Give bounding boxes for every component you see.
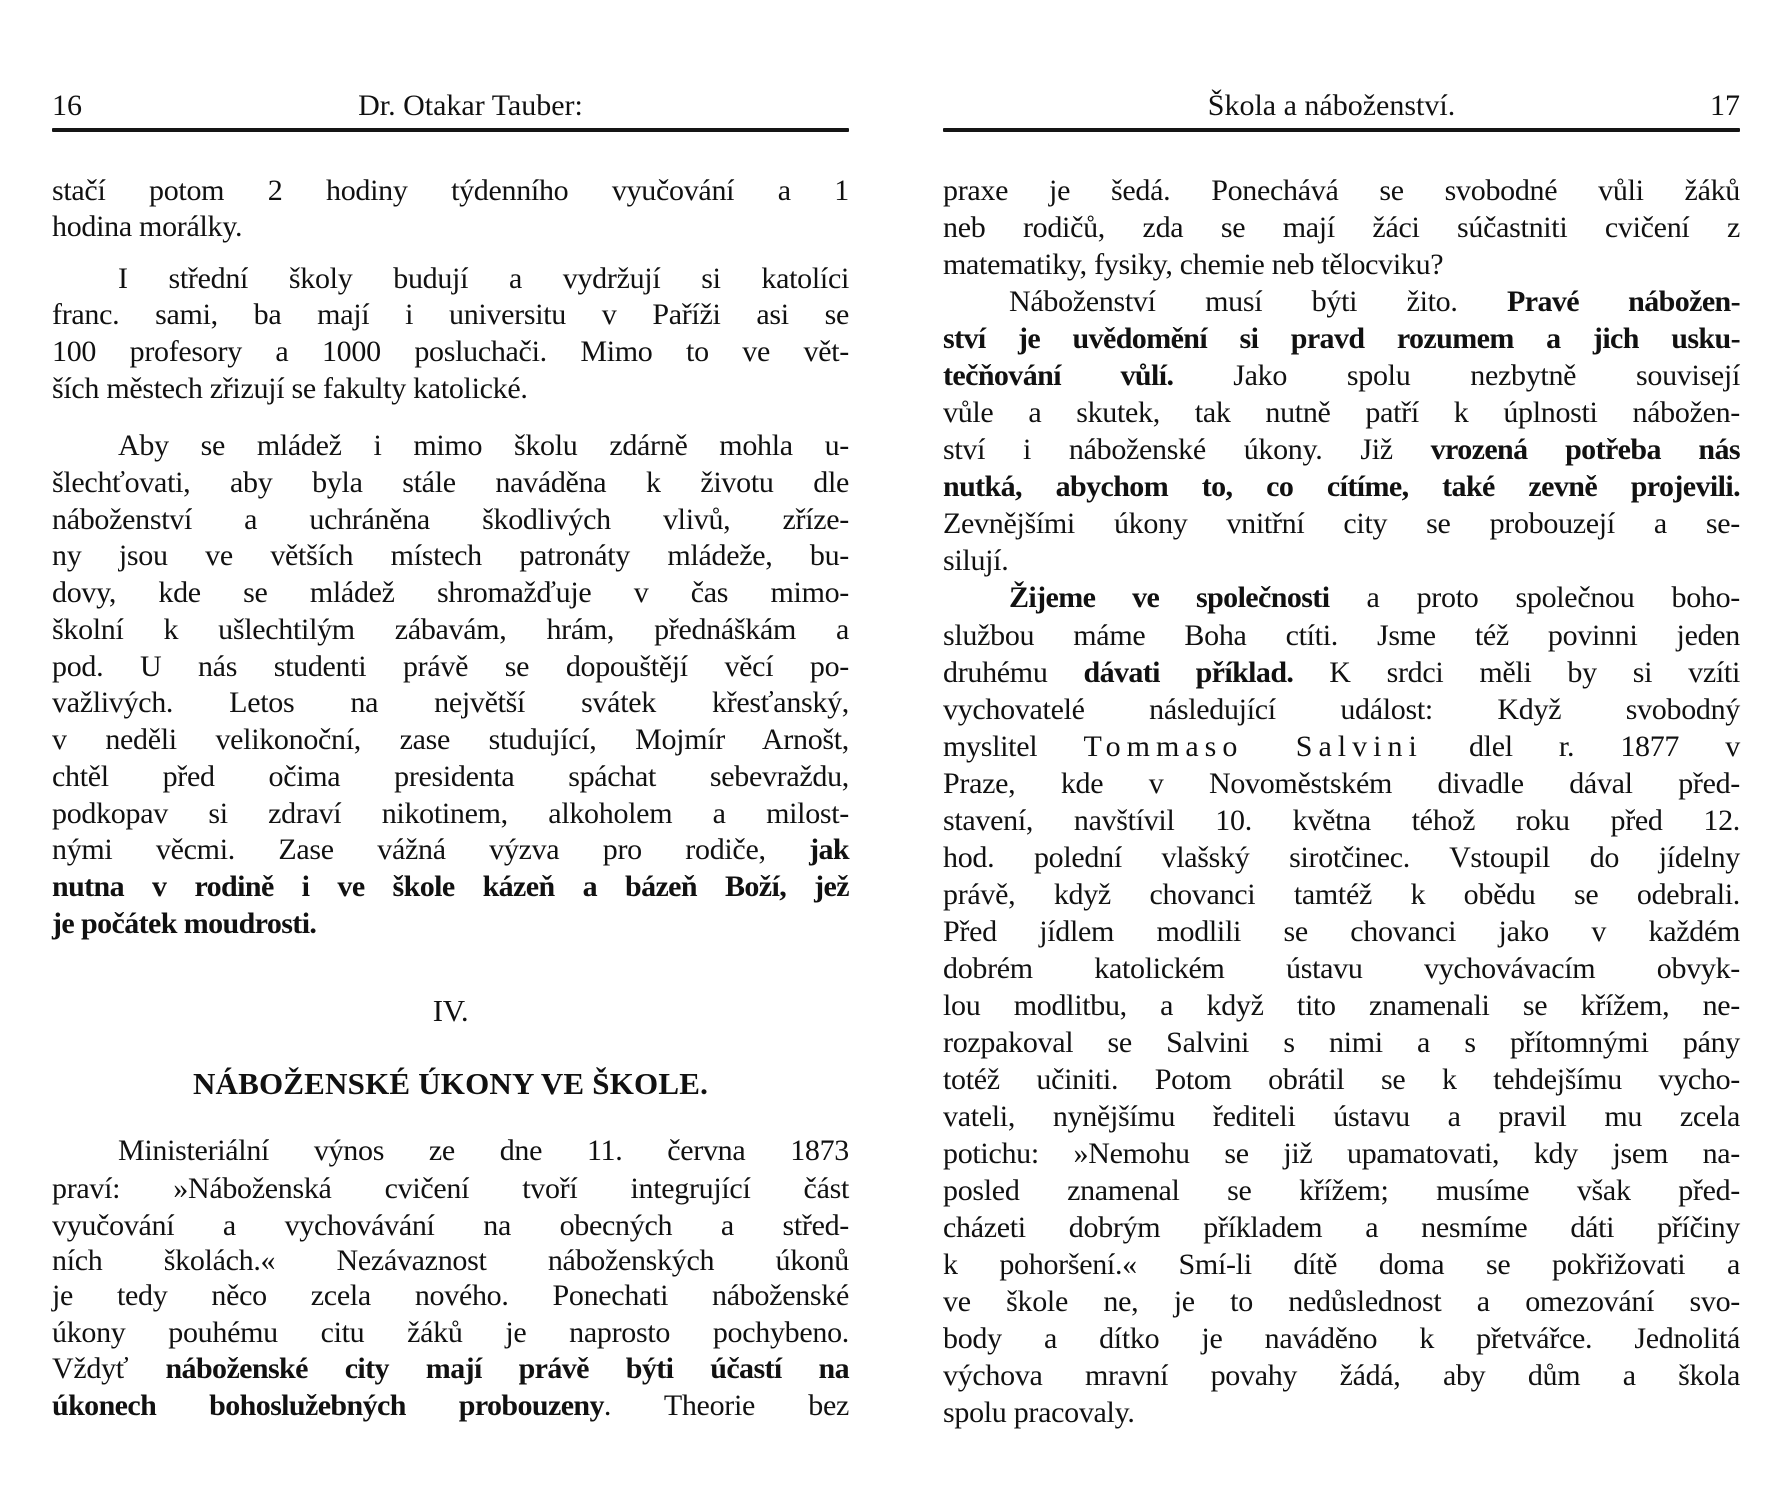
text-line: body a dítko je naváděno k přetvářce. Je… bbox=[943, 1319, 1740, 1359]
text: praví: »Náboženská cvičení tvoří integru… bbox=[52, 1172, 849, 1205]
text: body a dítko je naváděno k přetvářce. Je… bbox=[943, 1322, 1740, 1355]
text: Aby se mládež i mimo školu zdárně mohla … bbox=[118, 429, 849, 462]
text: ních školách.« Nezávaznost náboženských … bbox=[52, 1244, 849, 1277]
text: praxe je šedá. Ponechává se svobodné vůl… bbox=[943, 174, 1740, 207]
bold-text: nutna v rodině i ve škole kázeň a bázeň … bbox=[52, 870, 849, 903]
text-line: je počátek moudrosti. bbox=[52, 904, 849, 944]
text: 100 profesory a 1000 posluchači. Mimo to… bbox=[52, 335, 849, 368]
text-line: právě, když chovanci tamtéž k obědu se o… bbox=[943, 875, 1740, 915]
text-line: 100 profesory a 1000 posluchači. Mimo to… bbox=[52, 332, 849, 372]
text: matematiky, fysiky, chemie neb tělocviku… bbox=[943, 248, 1443, 281]
text: službou máme Boha ctíti. Jsme též povinn… bbox=[943, 619, 1740, 652]
text: Vždyť bbox=[52, 1352, 165, 1385]
text-line: potichu: »Nemohu se již upamatovati, kdy… bbox=[943, 1134, 1740, 1174]
text: k pohoršení.« Smí-li dítě doma se pokřiž… bbox=[943, 1248, 1740, 1281]
text-line: tečňování vůlí. Jako spolu nezbytně souv… bbox=[943, 356, 1740, 396]
text-line: službou máme Boha ctíti. Jsme též povinn… bbox=[943, 616, 1740, 656]
running-title: Škola a náboženství. bbox=[933, 86, 1730, 126]
text-line: cházeti dobrým příkladem a nesmíme dáti … bbox=[943, 1208, 1740, 1248]
text: hodina morálky. bbox=[52, 210, 242, 243]
text-line: neb rodičů, zda se mají žáci súčastniti … bbox=[943, 208, 1740, 248]
text-line: Aby se mládež i mimo školu zdárně mohla … bbox=[118, 426, 849, 466]
text: myslitel bbox=[943, 730, 1083, 763]
spaced-name: Tommaso Salvini bbox=[1083, 730, 1422, 763]
text: dlel r. 1877 v bbox=[1423, 730, 1740, 763]
text-line: je tedy něco zcela nového. Ponechati náb… bbox=[52, 1276, 849, 1316]
text: šlechťovati, aby byla stále naváděna k ž… bbox=[52, 466, 849, 499]
text-line: spolu pracovaly. bbox=[943, 1393, 1740, 1433]
text: nými věcmi. Zase vážná výzva pro rodiče, bbox=[52, 833, 809, 866]
text-line: Žijeme ve společnosti a proto společnou … bbox=[1009, 578, 1740, 618]
text: hod. polední vlašský sirotčinec. Vstoupi… bbox=[943, 841, 1740, 874]
text-line: totéž učiniti. Potom obrátil se k tehdej… bbox=[943, 1060, 1740, 1100]
text-line: nými věcmi. Zase vážná výzva pro rodiče,… bbox=[52, 830, 849, 870]
text-line: posled znamenal se křížem; musíme však p… bbox=[943, 1171, 1740, 1211]
text: je tedy něco zcela nového. Ponechati náb… bbox=[52, 1279, 849, 1312]
text: Zevnějšími úkony vnitřní city se probouz… bbox=[943, 507, 1740, 540]
text: stačí potom 2 hodiny týdenního vyučování… bbox=[52, 174, 849, 207]
text: I střední školy budují a vydržují si kat… bbox=[118, 262, 849, 295]
bold-text: jak bbox=[809, 833, 849, 866]
text-line: rozpakoval se Salvini s nimi a s přítomn… bbox=[943, 1023, 1740, 1063]
bold-text: úkonech bohoslužebných probouzeny bbox=[52, 1389, 604, 1422]
text: Praze, kde v Novoměstském divadle dával … bbox=[943, 767, 1740, 800]
text: rozpakoval se Salvini s nimi a s přítomn… bbox=[943, 1026, 1740, 1059]
text-line: ních školách.« Nezávaznost náboženských … bbox=[52, 1241, 849, 1281]
text: vyučování a vychovávání na obecných a st… bbox=[52, 1209, 849, 1242]
text: pod. U nás studenti právě se dopouštějí … bbox=[52, 650, 849, 683]
text-line: ství je uvědomění si pravd rozumem a jic… bbox=[943, 319, 1740, 359]
text: IV. bbox=[433, 993, 469, 1028]
text-line: hodina morálky. bbox=[52, 207, 849, 247]
text-line: školní k ušlechtilým zábavám, hrám, před… bbox=[52, 610, 849, 650]
text: spolu pracovaly. bbox=[943, 1396, 1135, 1429]
text-line: Ministeriální výnos ze dne 11. června 18… bbox=[118, 1131, 849, 1171]
bold-text: nutká, abychom to, co cítíme, také zevně… bbox=[943, 470, 1740, 503]
bold-text: dávati příklad. bbox=[1084, 656, 1294, 689]
text: v neděli velikonoční, zase studující, Mo… bbox=[52, 723, 849, 756]
text: náboženství a uchráněna škodlivých vlivů… bbox=[52, 503, 849, 536]
text-line: stačí potom 2 hodiny týdenního vyučování… bbox=[52, 171, 849, 211]
text: silují. bbox=[943, 544, 1008, 577]
text-line: vyučování a vychovávání na obecných a st… bbox=[52, 1206, 849, 1246]
bold-text: vrozená potřeba nás bbox=[1431, 433, 1740, 466]
text: cházeti dobrým příkladem a nesmíme dáti … bbox=[943, 1211, 1740, 1244]
text: lou modlitbu, a když tito znamenali se k… bbox=[943, 989, 1740, 1022]
header-rule bbox=[52, 128, 849, 132]
text-line: ve škole ne, je to nedůslednost a omezov… bbox=[943, 1282, 1740, 1322]
text-line: ství i náboženské úkony. Již vrozená pot… bbox=[943, 430, 1740, 470]
text: franc. sami, ba mají i universitu v Paří… bbox=[52, 298, 849, 331]
text: Náboženství musí býti žito. bbox=[1009, 285, 1507, 318]
text-line: úkony pouhému citu žáků je naprosto poch… bbox=[52, 1313, 849, 1353]
text: chtěl před očima presidenta spáchat sebe… bbox=[52, 760, 849, 793]
text-line: Vždyť náboženské city mají právě býti úč… bbox=[52, 1349, 849, 1389]
text-line: výchova mravní povahy žádá, aby dům a šk… bbox=[943, 1356, 1740, 1396]
text: Jako spolu nezbytně souvisejí bbox=[1173, 359, 1740, 392]
text: totéž učiniti. Potom obrátil se k tehdej… bbox=[943, 1063, 1740, 1096]
left-running-head: 16 Dr. Otakar Tauber: bbox=[52, 86, 849, 126]
left-page: 16 Dr. Otakar Tauber: stačí potom 2 hodi… bbox=[52, 0, 849, 1500]
text: ších městech zřizují se fakulty katolick… bbox=[52, 372, 528, 405]
text-line: dobrém katolickém ústavu vychovávacím ob… bbox=[943, 949, 1740, 989]
text-line: matematiky, fysiky, chemie neb tělocviku… bbox=[943, 245, 1740, 285]
text: stavení, navštívil 10. května téhož roku… bbox=[943, 804, 1740, 837]
text-line: k pohoršení.« Smí-li dítě doma se pokřiž… bbox=[943, 1245, 1740, 1285]
text-line: vychovatelé následující událost: Když sv… bbox=[943, 690, 1740, 730]
page-number: 17 bbox=[1710, 86, 1740, 126]
right-page: Škola a náboženství. 17 praxe je šedá. P… bbox=[943, 0, 1740, 1500]
text-line: I střední školy budují a vydržují si kat… bbox=[118, 259, 849, 299]
text: ství i náboženské úkony. Již bbox=[943, 433, 1431, 466]
text: potichu: »Nemohu se již upamatovati, kdy… bbox=[943, 1137, 1740, 1170]
text-line: praxe je šedá. Ponechává se svobodné vůl… bbox=[943, 171, 1740, 211]
text: školní k ušlechtilým zábavám, hrám, před… bbox=[52, 613, 849, 646]
text: K srdci měli by si vzíti bbox=[1293, 656, 1740, 689]
text-line: nutká, abychom to, co cítíme, také zevně… bbox=[943, 467, 1740, 507]
right-running-head: Škola a náboženství. 17 bbox=[943, 86, 1740, 126]
text-line: praví: »Náboženská cvičení tvoří integru… bbox=[52, 1169, 849, 1209]
header-rule bbox=[943, 128, 1740, 132]
text: NÁBOŽENSKÉ ÚKONY VE ŠKOLE. bbox=[193, 1066, 708, 1101]
text: Ministeriální výnos ze dne 11. června 18… bbox=[118, 1134, 849, 1167]
text-line: ších městech zřizují se fakulty katolick… bbox=[52, 369, 849, 409]
text-line: pod. U nás studenti právě se dopouštějí … bbox=[52, 647, 849, 687]
text-line: vůle a skutek, tak nutně patří k úplnost… bbox=[943, 393, 1740, 433]
text: neb rodičů, zda se mají žáci súčastniti … bbox=[943, 211, 1740, 244]
bold-text: Žijeme ve společnosti bbox=[1009, 581, 1329, 614]
bold-text: je počátek moudrosti. bbox=[52, 907, 316, 940]
text-line: chtěl před očima presidenta spáchat sebe… bbox=[52, 757, 849, 797]
text-line: ny jsou ve větších místech patronáty mlá… bbox=[52, 536, 849, 576]
text-line: Zevnějšími úkony vnitřní city se probouz… bbox=[943, 504, 1740, 544]
text-line: Náboženství musí býti žito. Pravé nábože… bbox=[1009, 282, 1740, 322]
section-number: IV. bbox=[52, 991, 849, 1031]
text-line: silují. bbox=[943, 541, 1740, 581]
bold-text: náboženské city mají právě býti účastí n… bbox=[165, 1352, 849, 1385]
text-line: Před jídlem modlili se chovanci jako v k… bbox=[943, 912, 1740, 952]
text-line: v neděli velikonoční, zase studující, Mo… bbox=[52, 720, 849, 760]
text-line: lou modlitbu, a když tito znamenali se k… bbox=[943, 986, 1740, 1026]
text-line: važlivých. Letos na největší svátek křes… bbox=[52, 683, 849, 723]
text-line: šlechťovati, aby byla stále naváděna k ž… bbox=[52, 463, 849, 503]
text-line: franc. sami, ba mají i universitu v Paří… bbox=[52, 295, 849, 335]
running-title: Dr. Otakar Tauber: bbox=[72, 86, 869, 126]
text-line: podkopav si zdraví nikotinem, alkoholem … bbox=[52, 794, 849, 834]
text: výchova mravní povahy žádá, aby dům a šk… bbox=[943, 1359, 1740, 1392]
text: vychovatelé následující událost: Když sv… bbox=[943, 693, 1740, 726]
text: dobrém katolickém ústavu vychovávacím ob… bbox=[943, 952, 1740, 985]
text: dovy, kde se mládež shromažďuje v čas mi… bbox=[52, 576, 849, 609]
text: ve škole ne, je to nedůslednost a omezov… bbox=[943, 1285, 1740, 1318]
text: podkopav si zdraví nikotinem, alkoholem … bbox=[52, 797, 849, 830]
text-line: stavení, navštívil 10. května téhož roku… bbox=[943, 801, 1740, 841]
text: posled znamenal se křížem; musíme však p… bbox=[943, 1174, 1740, 1207]
text-line: myslitel Tommaso Salvini dlel r. 1877 v bbox=[943, 727, 1740, 767]
section-heading: NÁBOŽENSKÉ ÚKONY VE ŠKOLE. bbox=[52, 1064, 849, 1104]
bold-text: ství je uvědomění si pravd rozumem a jic… bbox=[943, 322, 1740, 355]
text: druhému bbox=[943, 656, 1084, 689]
text-line: vateli, nynějšímu řediteli ústavu a prav… bbox=[943, 1097, 1740, 1137]
text: vateli, nynějšímu řediteli ústavu a prav… bbox=[943, 1100, 1740, 1133]
text: važlivých. Letos na největší svátek křes… bbox=[52, 686, 849, 719]
text: Před jídlem modlili se chovanci jako v k… bbox=[943, 915, 1740, 948]
bold-text: tečňování vůlí. bbox=[943, 359, 1173, 392]
text: a proto společnou boho- bbox=[1329, 581, 1740, 614]
text-line: úkonech bohoslužebných probouzeny. Theor… bbox=[52, 1386, 849, 1426]
text-line: nutna v rodině i ve škole kázeň a bázeň … bbox=[52, 867, 849, 907]
text-line: Praze, kde v Novoměstském divadle dával … bbox=[943, 764, 1740, 804]
text: vůle a skutek, tak nutně patří k úplnost… bbox=[943, 396, 1740, 429]
text: ny jsou ve větších místech patronáty mlá… bbox=[52, 539, 849, 572]
text-line: druhému dávati příklad. K srdci měli by … bbox=[943, 653, 1740, 693]
text: úkony pouhému citu žáků je naprosto poch… bbox=[52, 1316, 849, 1349]
text-line: náboženství a uchráněna škodlivých vlivů… bbox=[52, 500, 849, 540]
text-line: dovy, kde se mládež shromažďuje v čas mi… bbox=[52, 573, 849, 613]
text-line: hod. polední vlašský sirotčinec. Vstoupi… bbox=[943, 838, 1740, 878]
bold-text: Pravé nábožen- bbox=[1507, 285, 1740, 318]
text: . Theorie bez bbox=[604, 1389, 849, 1422]
text: právě, když chovanci tamtéž k obědu se o… bbox=[943, 878, 1740, 911]
